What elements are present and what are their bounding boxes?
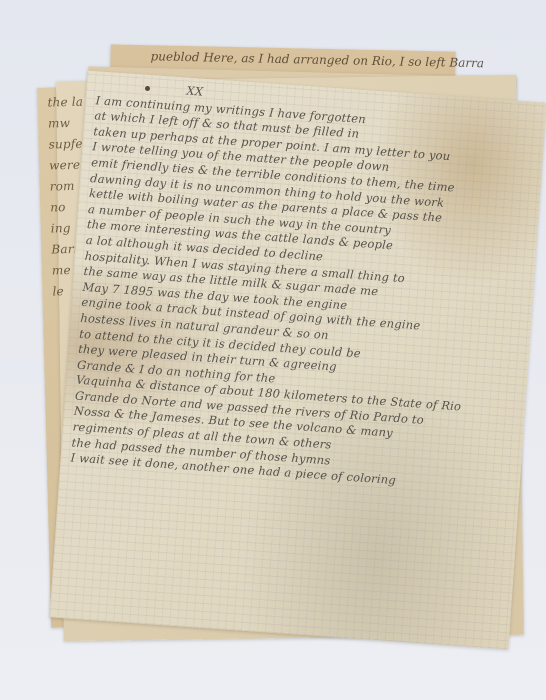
letter-sheet-front: XX I am continuing my writings I have fo… xyxy=(49,71,546,650)
handwriting-line: pueblod Here, as I had arranged on Rio, … xyxy=(150,49,484,70)
paper-hole xyxy=(145,86,150,91)
handwriting-line: mw xyxy=(48,113,89,135)
handwriting-line: the la xyxy=(47,92,88,114)
